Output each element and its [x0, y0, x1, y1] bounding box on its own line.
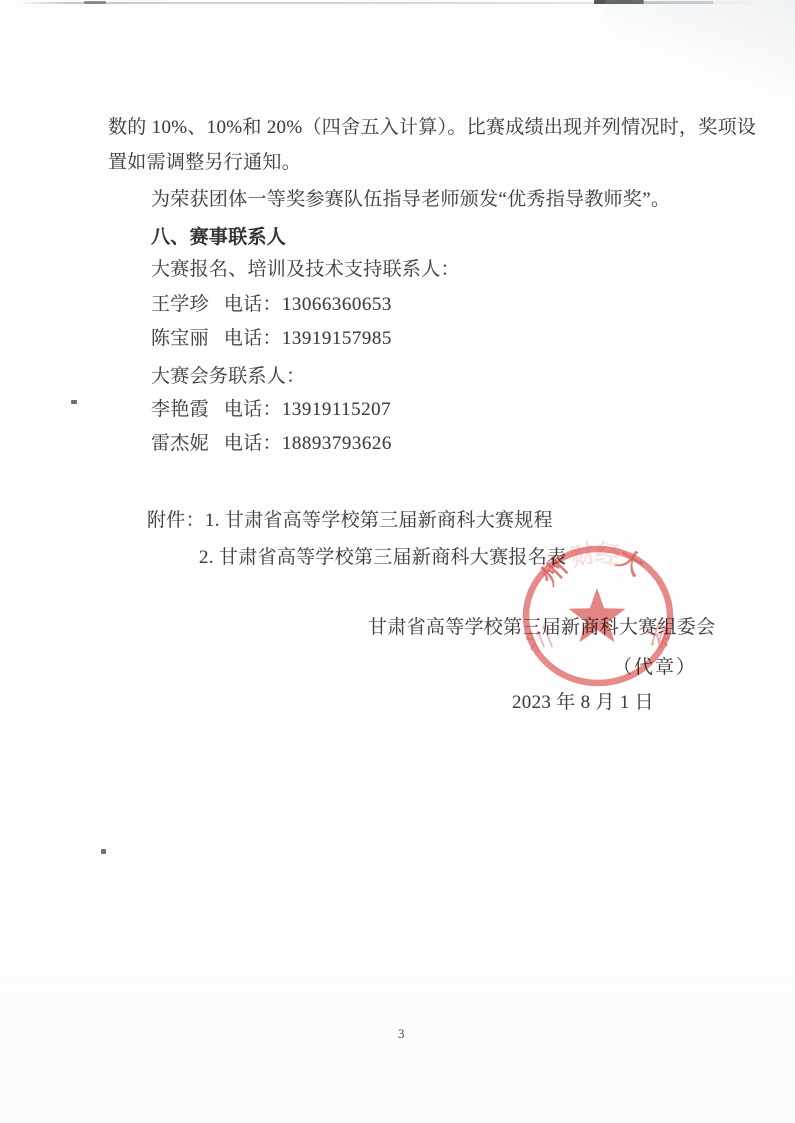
phone-label: 电话：	[224, 433, 282, 454]
stamp-star-icon	[569, 588, 626, 642]
scan-edge-mark	[84, 1, 106, 4]
contact-row: 王学珍电话：13066360653	[151, 289, 392, 316]
phone-number: 18893793626	[282, 433, 392, 454]
contact-name: 陈宝丽	[151, 323, 209, 350]
paragraph-line: 置如需调整另行通知。	[108, 147, 301, 174]
phone-number: 13919115207	[282, 399, 391, 420]
contacts-label: 大赛报名、培训及技术支持联系人：	[151, 254, 460, 281]
phone-label: 电话：	[224, 294, 282, 315]
paragraph-line: 数的 10%、10%和 20%（四舍五入计算）。比赛成绩出现并列情况时，奖项设	[108, 112, 756, 139]
document-page: 数的 10%、10%和 20%（四舍五入计算）。比赛成绩出现并列情况时，奖项设 …	[0, 0, 795, 1123]
paragraph-line: 为荣获团体一等奖参赛队伍指导老师颁发“优秀指导教师奖”。	[151, 184, 670, 211]
contact-row: 雷杰妮电话：18893793626	[151, 428, 392, 455]
contact-name: 雷杰妮	[151, 428, 209, 455]
contact-row: 李艳霞电话：13919115207	[151, 394, 391, 421]
phone-number: 13919157985	[282, 328, 392, 349]
attachment-line: 附件：1. 甘肃省高等学校第三届新商科大赛规程	[147, 505, 553, 532]
contact-name: 李艳霞	[151, 394, 209, 421]
scan-corner-shade	[605, 0, 795, 120]
scan-speck	[71, 400, 77, 404]
phone-label: 电话：	[224, 399, 282, 420]
official-stamp: 兰 州 财 经 大 学	[510, 535, 690, 700]
contacts-label: 大赛会务联系人：	[151, 361, 305, 388]
page-number: 3	[398, 1026, 405, 1042]
scan-speck	[101, 849, 106, 854]
stamp-character: 州	[536, 554, 573, 591]
contact-name: 王学珍	[151, 289, 209, 316]
contact-row: 陈宝丽电话：13919157985	[151, 323, 392, 350]
phone-number: 13066360653	[282, 294, 392, 315]
phone-label: 电话：	[224, 328, 282, 349]
section-heading: 八、赛事联系人	[151, 222, 286, 249]
